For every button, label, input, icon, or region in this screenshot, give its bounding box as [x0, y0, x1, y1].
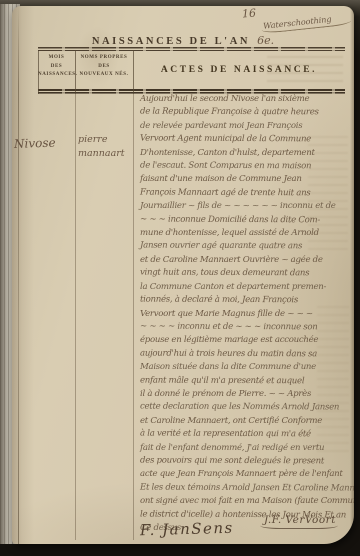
act-text-line: la Commune Canton et departement premen-: [140, 281, 349, 294]
act-text-line: enfant mâle qu'il m'a presenté et auquel: [140, 374, 349, 388]
act-text-line: aujourd'hui à trois heures du matin dans…: [140, 347, 349, 361]
act-text-line: de l'escaut. Sont Comparus en ma maison: [140, 160, 349, 174]
column-header-line: NOUVEAUX NÉS.: [75, 71, 133, 80]
birth-act-text: Aujourd'hui le second Nivose l'an sixièm…: [140, 93, 349, 535]
column-header-names: NOMS PROPRESDESNOUVEAUX NÉS.: [75, 54, 133, 80]
month-entry: Nivose: [14, 135, 74, 151]
act-text-line: Aujourd'hui le second Nivose l'an sixièm…: [140, 93, 349, 106]
act-text-line: Jansen ouvrier agé quarante quatre ans: [140, 240, 349, 254]
column-header-line: MOIS: [38, 54, 75, 63]
act-text-line: et Caroline Mannaert, ont Certifié Confo…: [140, 415, 349, 428]
binding-crease: [18, 6, 19, 544]
signature-witness: F. JanSens: [140, 519, 234, 539]
newborn-name-line: pierre: [78, 133, 134, 147]
column-header-line: DES: [38, 63, 75, 72]
act-text-line: ont signé avec moi fait en ma Maison (fa…: [140, 495, 349, 508]
signature-official: J.F. VerVoort: [264, 514, 336, 526]
act-text-line: François Mannaart agé de trente huit ans: [140, 186, 349, 200]
column-header-line: NOMS PROPRES: [75, 54, 133, 63]
act-text-line: acte que Jean François Mannaert père de …: [140, 468, 349, 481]
act-text-line: mune d'hontenisse, lequel assisté de Arn…: [140, 227, 349, 240]
act-text-line: à la verité et la representation qui m'a…: [140, 428, 349, 442]
act-text-line: fait de l'enfant denommé, J'ai redigé en…: [140, 442, 349, 455]
act-text-line: D'hontenisse, Canton d'hulst, departemen…: [140, 147, 349, 160]
act-text-line: tionnés, à declaré à moi, Jean François: [140, 294, 349, 308]
act-text-line: ~ ~ ~ ~ inconnu et de ~ ~ ~ inconnue son: [140, 320, 349, 334]
act-text-line: Vervoort que Marie Magnus fille de ~ ~ ~: [140, 308, 349, 321]
act-text-line: et de Caroline Mannaert Ouvrière ~ agée …: [140, 254, 349, 267]
act-text-line: de relevée pardevant moi Jean François: [140, 120, 349, 133]
newborn-name-entry: pierremannaart: [78, 133, 134, 161]
title-divider-rule: [38, 47, 345, 51]
table-column-line-2: [133, 50, 134, 540]
act-text-line: de la Republique Françoise à quatre heur…: [140, 106, 349, 120]
act-text-line: faisant d'une maison de Commune Jean: [140, 173, 349, 186]
act-text-line: ~ ~ ~ inconnue Domicilié dans la dite Co…: [140, 213, 349, 227]
column-header-month: MOISDESNAISSANCES.: [38, 54, 75, 80]
page-title: NAISSANCES DE L'AN: [92, 36, 250, 47]
act-text-line: il à donné le prénom de Pierre. ~ ~ Aprè…: [140, 388, 349, 401]
act-text-line: cette declaration que les Nommés Arnold …: [140, 401, 349, 415]
column-header-line: NAISSANCES.: [38, 71, 75, 80]
act-text-line: Vervoort Agent municipal de la Commune: [140, 133, 349, 147]
newborn-name-line: mannaart: [78, 147, 134, 161]
column-header-line: DES: [75, 63, 133, 72]
register-page: 16 Waterschoothing NAISSANCES DE L'AN 6e…: [12, 6, 354, 544]
page-right-edge-shadow: [350, 6, 354, 544]
act-text-line: Journaillier ~ fils de ~ ~ ~ ~ ~ ~ incon…: [140, 200, 349, 213]
page-number: 16: [242, 7, 257, 21]
corner-annotation: Waterschoothing: [263, 12, 354, 31]
column-header-acts: ACTES DE NAISSANCE.: [133, 65, 345, 75]
page-title-row: NAISSANCES DE L'AN 6e.: [12, 29, 354, 48]
act-text-line: épouse en légitième mariage est accouché…: [140, 334, 349, 347]
act-text-line: Et les deux témoins Arnold Jansen Et Car…: [140, 481, 349, 495]
act-text-line: vingt huit ans, tous deux demeurant dans: [140, 267, 349, 281]
act-text-line: des pouvoirs qui me sont delegués le pre…: [140, 455, 349, 469]
title-year-handwritten: 6e.: [257, 34, 274, 47]
table-column-line-1: [75, 50, 76, 540]
act-text-line: Maison située dans la dite Commune d'une: [140, 361, 349, 374]
